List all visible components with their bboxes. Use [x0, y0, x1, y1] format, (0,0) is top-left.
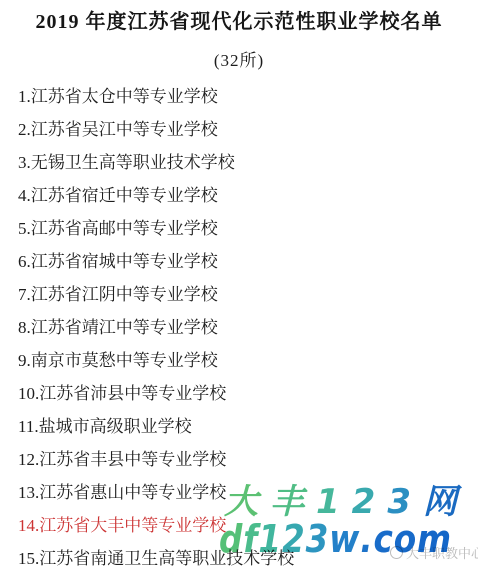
list-item: 3.无锡卫生高等职业技术学校: [18, 146, 478, 179]
page-title: 2019 年度江苏省现代化示范性职业学校名单: [0, 0, 478, 34]
list-item: 4.江苏省宿迁中等专业学校: [18, 179, 478, 212]
logo-circle-icon: [390, 546, 403, 559]
site-logo-text: 大丰职教中心: [406, 543, 478, 562]
watermark-char: 3: [306, 518, 329, 560]
watermark-char: w: [329, 518, 359, 560]
list-item: 5.江苏省高邮中等专业学校: [18, 212, 478, 245]
list-item: 12.江苏省丰县中等专业学校: [18, 443, 478, 476]
watermark-char: 2: [282, 518, 305, 560]
watermark-char: .: [360, 518, 372, 560]
list-item: 2.江苏省吴江中等专业学校: [18, 113, 478, 146]
watermark-char: 1: [258, 518, 281, 560]
document-page: 2019 年度江苏省现代化示范性职业学校名单 (32所) 1.江苏省太仓中等专业…: [0, 0, 478, 568]
watermark-char: 网: [423, 484, 457, 520]
watermark-char: 丰: [270, 484, 304, 520]
list-item: 9.南京市莫愁中等专业学校: [18, 344, 478, 377]
list-item: 7.江苏省江阴中等专业学校: [18, 278, 478, 311]
watermark-char: 3: [387, 484, 411, 520]
list-item: 10.江苏省沛县中等专业学校: [18, 377, 478, 410]
watermark-site-name: 大丰123网: [224, 484, 457, 520]
list-item: 11.盐城市高级职业学校: [18, 410, 478, 443]
watermark-char: 大: [224, 484, 258, 520]
watermark-char: d: [219, 518, 242, 560]
page-subtitle: (32所): [0, 46, 478, 71]
list-item: 8.江苏省靖江中等专业学校: [18, 311, 478, 344]
list-item: 6.江苏省宿城中等专业学校: [18, 245, 478, 278]
watermark-char: 2: [352, 484, 376, 520]
watermark-char: 1: [316, 484, 340, 520]
site-logo: 大丰职教中心: [390, 543, 478, 562]
watermark-char: f: [243, 518, 257, 560]
list-item: 1.江苏省太仓中等专业学校: [18, 80, 478, 113]
